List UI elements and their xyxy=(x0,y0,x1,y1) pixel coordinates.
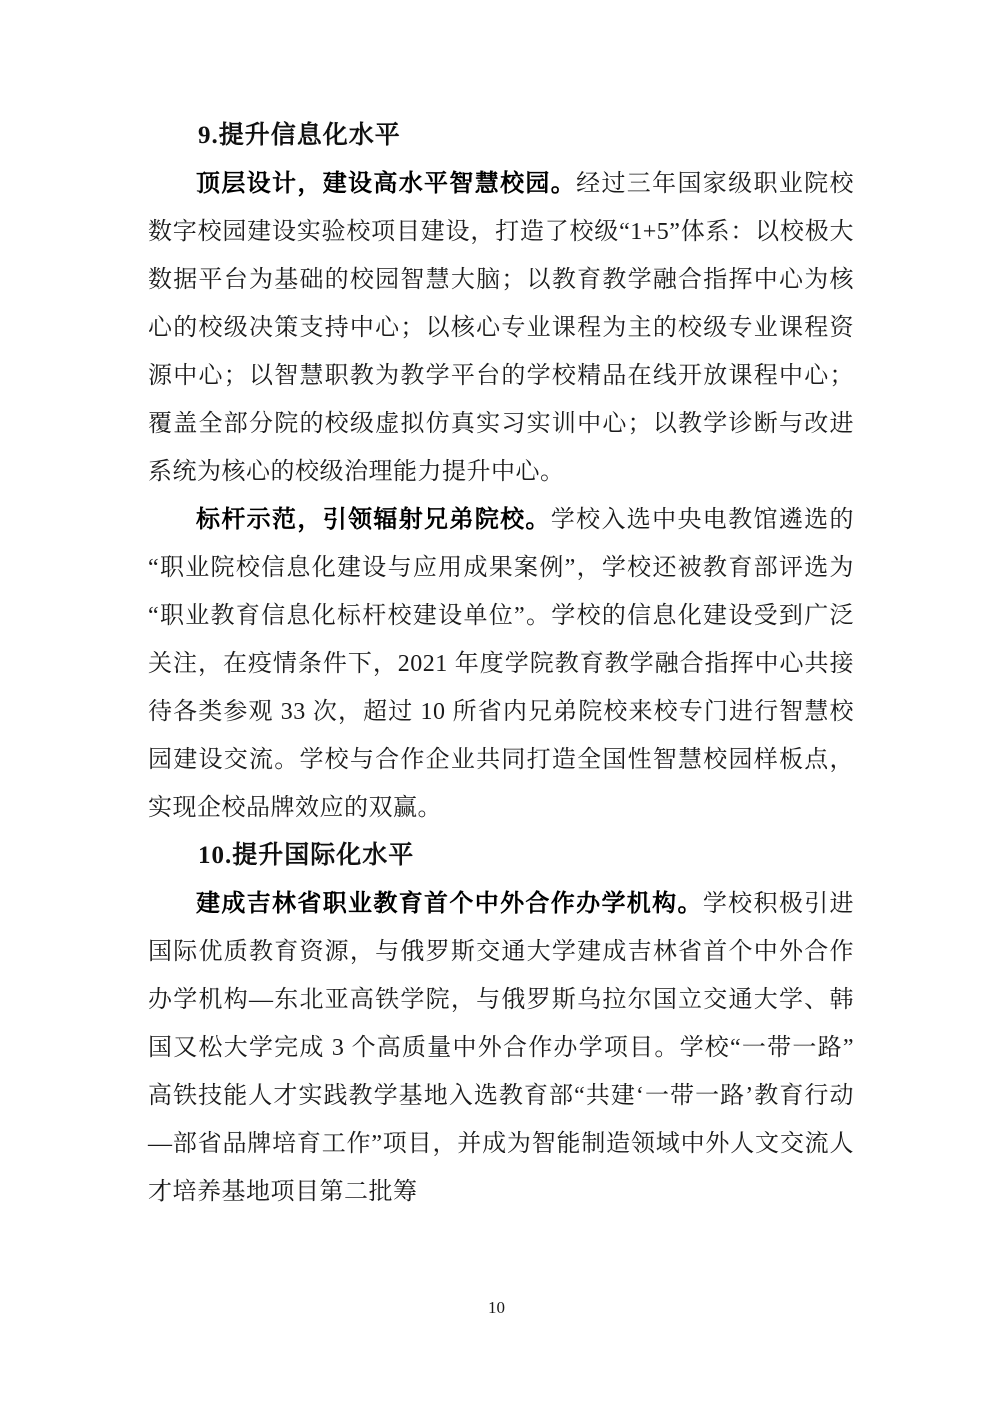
section-heading-10: 10.提升国际化水平 xyxy=(148,832,854,880)
document-page: 9.提升信息化水平 顶层设计，建设高水平智慧校园。经过三年国家级职业院校数字校园… xyxy=(0,0,993,1404)
paragraph-body: 经过三年国家级职业院校数字校园建设实验校项目建设，打造了校级“1+5”体系：以校… xyxy=(148,171,854,485)
paragraph-benchmark: 标杆示范，引领辐射兄弟院校。学校入选中央电教馆遴选的“职业院校信息化建设与应用成… xyxy=(148,496,854,832)
page-content: 9.提升信息化水平 顶层设计，建设高水平智慧校园。经过三年国家级职业院校数字校园… xyxy=(148,112,854,1216)
section-heading-9: 9.提升信息化水平 xyxy=(148,112,854,160)
paragraph-body: 学校积极引进国际优质教育资源，与俄罗斯交通大学建成吉林省首个中外合作办学机构—东… xyxy=(148,891,854,1205)
paragraph-top-design: 顶层设计，建设高水平智慧校园。经过三年国家级职业院校数字校园建设实验校项目建设，… xyxy=(148,160,854,496)
page-number: 10 xyxy=(0,1296,993,1320)
paragraph-body: 学校入选中央电教馆遴选的“职业院校信息化建设与应用成果案例”，学校还被教育部评选… xyxy=(148,507,854,821)
paragraph-lead: 建成吉林省职业教育首个中外合作办学机构。 xyxy=(196,890,703,917)
paragraph-lead: 标杆示范，引领辐射兄弟院校。 xyxy=(196,506,551,533)
paragraph-lead: 顶层设计，建设高水平智慧校园。 xyxy=(196,170,576,197)
paragraph-international: 建成吉林省职业教育首个中外合作办学机构。学校积极引进国际优质教育资源，与俄罗斯交… xyxy=(148,880,854,1216)
